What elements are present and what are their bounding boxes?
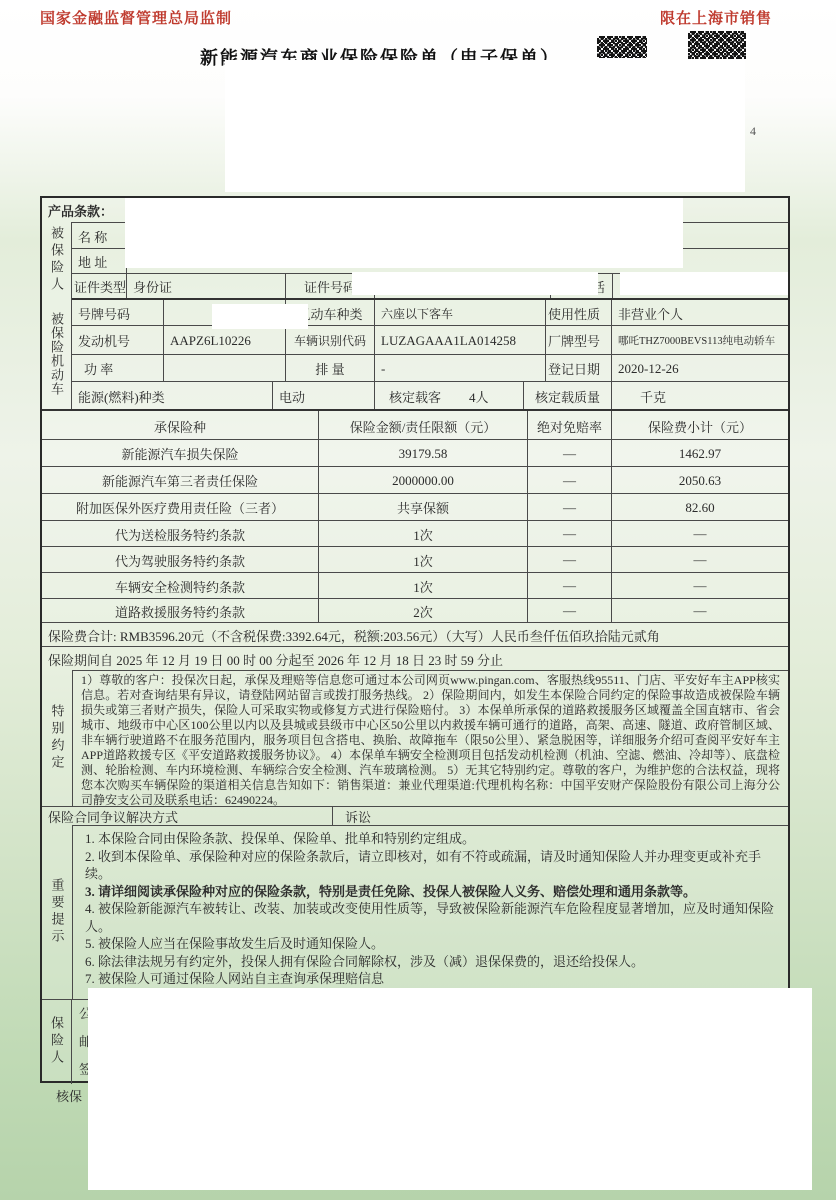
engine-label: 发动机号 bbox=[72, 326, 164, 355]
coverage-premium: 2050.63 bbox=[612, 467, 788, 494]
coverage-amount: 1次 bbox=[319, 573, 528, 599]
coverage-amount: 1次 bbox=[319, 521, 528, 547]
coverage-name: 新能源汽车损失保险 bbox=[42, 440, 319, 467]
reg-date-label: 登记日期 bbox=[546, 355, 612, 382]
policy-period-row: 保险期间自 2025 年 12 月 19 日 00 时 00 分起至 2026 … bbox=[42, 646, 788, 671]
displacement-label: 排 量 bbox=[286, 355, 375, 382]
coverage-amount: 2次 bbox=[319, 599, 528, 623]
insured-section-label: 被保险人 bbox=[42, 222, 72, 298]
special-agreement-row: 1）尊敬的客户：投保次日起，承保及理赔等信息您可通过本公司网页www.pinga… bbox=[73, 670, 788, 807]
coverage-name: 代为驾驶服务特约条款 bbox=[42, 547, 319, 573]
vehicle-power-row: 功 率 排 量 - 登记日期 2020-12-26 bbox=[72, 354, 788, 382]
dispute-label: 保险合同争议解决方式 bbox=[42, 807, 333, 826]
coverage-premium: — bbox=[612, 599, 788, 623]
engine-value: AAPZ6L10226 bbox=[164, 326, 286, 355]
coverage-premium: — bbox=[612, 521, 788, 547]
product-clause-label: 产品条款： bbox=[48, 201, 113, 220]
coverage-deductible: — bbox=[528, 599, 612, 623]
vehicle-section-label: 被保险机动车 bbox=[42, 298, 72, 409]
notice-item: 1. 本保险合同由保险条款、投保单、保险单、批单和特别约定组成。 bbox=[85, 830, 778, 848]
brand-label: 厂牌型号 bbox=[546, 326, 612, 355]
seating-value: 4人 bbox=[469, 387, 489, 406]
coverage-amount: 39179.58 bbox=[319, 440, 528, 467]
coverage-premium: — bbox=[612, 573, 788, 599]
notice-item: 5. 被保险人应当在保险事故发生后及时通知保险人。 bbox=[85, 935, 778, 953]
redaction-box-id-number bbox=[352, 272, 598, 295]
vin-label: 车辆识别代码 bbox=[286, 326, 375, 355]
usage-label: 使用性质 bbox=[546, 300, 612, 327]
plate-label: 号牌号码 bbox=[72, 300, 164, 327]
important-notice-row: 1. 本保险合同由保险条款、投保单、保险单、批单和特别约定组成。 2. 收到本保… bbox=[73, 825, 788, 1000]
coverage-amount: 1次 bbox=[319, 547, 528, 573]
redaction-box-title-area bbox=[225, 60, 745, 192]
coverage-deductible: — bbox=[528, 440, 612, 467]
coverage-amount: 共享保额 bbox=[319, 494, 528, 521]
redaction-box-name-address bbox=[125, 198, 683, 268]
coverage-deductible: — bbox=[528, 494, 612, 521]
dispute-row: 保险合同争议解决方式 诉讼 bbox=[42, 806, 788, 826]
brand-value: 哪吒THZ7000BEVS113纯电动轿车 bbox=[612, 326, 788, 355]
vehicle-plate-row: 号牌号码 机动车种类 六座以下客车 使用性质 非营业个人 bbox=[72, 298, 788, 327]
coverage-name: 车辆安全检测特约条款 bbox=[42, 573, 319, 599]
premium-total-row: 保险费合计: RMB3596.20元（不含税保费:3392.64元，税额:203… bbox=[42, 622, 788, 647]
notice-item: 3. 请详细阅读承保险种对应的保险条款，特别是责任免除、投保人被保险人义务、赔偿… bbox=[85, 883, 778, 901]
usage-value: 非营业个人 bbox=[612, 300, 788, 327]
policy-period-text: 保险期间自 2025 年 12 月 19 日 00 时 00 分起至 2026 … bbox=[42, 647, 788, 671]
vehicle-engine-row: 发动机号 AAPZ6L10226 车辆识别代码 LUZAGAAA1LA01425… bbox=[72, 325, 788, 355]
insurance-policy-page: { "header": { "authority": "国家金融监督管理总局监制… bbox=[0, 0, 836, 1200]
coverage-name: 附加医保外医疗费用责任险（三者） bbox=[42, 494, 319, 521]
notice-item: 6. 除法律法规另有约定外，投保人拥有保险合同解除权，涉及（减）退保保费的，退还… bbox=[85, 953, 778, 971]
redaction-box-plate bbox=[212, 304, 308, 329]
vehicle-type-value: 六座以下客车 bbox=[375, 300, 546, 327]
energy-value: 电动 bbox=[273, 382, 375, 410]
premium-total-text: 保险费合计: RMB3596.20元（不含税保费:3392.64元，税额:203… bbox=[42, 623, 788, 647]
issuing-authority-text: 国家金融监督管理总局监制 bbox=[40, 7, 232, 28]
power-label: 功 率 bbox=[72, 355, 164, 382]
coverage-header-row: 承保险种 保险金额/责任限额（元） 绝对免赔率 保险费小计（元） bbox=[42, 409, 788, 441]
special-agreement-label: 特别约定 bbox=[42, 670, 73, 806]
coverage-header-premium: 保险费小计（元） bbox=[612, 411, 788, 441]
coverage-deductible: — bbox=[528, 467, 612, 494]
coverage-header-name: 承保险种 bbox=[42, 411, 319, 441]
coverage-premium: 82.60 bbox=[612, 494, 788, 521]
sales-restriction-text: 限在上海市销售 bbox=[660, 7, 772, 28]
underwriter-footnote: 核保 bbox=[56, 1086, 82, 1105]
displacement-value: - bbox=[375, 355, 546, 382]
qr-code-1 bbox=[597, 36, 647, 58]
coverage-row: 代为送检服务特约条款 1次 — — bbox=[42, 520, 788, 547]
id-type-label: 证件类型 bbox=[72, 274, 127, 299]
vin-value: LUZAGAAA1LA014258 bbox=[375, 326, 546, 355]
dispute-value: 诉讼 bbox=[333, 807, 788, 826]
policy-table: 被保险人 被保险机动车 特别约定 重要提示 保险人 产品条款： 名 称 地 址 … bbox=[40, 196, 790, 1083]
coverage-name: 新能源汽车第三者责任保险 bbox=[42, 467, 319, 494]
qr-code-2 bbox=[688, 31, 746, 59]
load-value: 千克 bbox=[612, 382, 788, 410]
coverage-deductible: — bbox=[528, 573, 612, 599]
special-agreement-text: 1）尊敬的客户：投保次日起，承保及理赔等信息您可通过本公司网页www.pinga… bbox=[73, 671, 788, 807]
coverage-header-deductible: 绝对免赔率 bbox=[528, 411, 612, 441]
coverage-row: 新能源汽车第三者责任保险 2000000.00 — 2050.63 bbox=[42, 466, 788, 494]
redaction-box-phone bbox=[620, 272, 788, 295]
address-label: 地 址 bbox=[72, 249, 127, 274]
coverage-row: 道路救援服务特约条款 2次 — — bbox=[42, 598, 788, 623]
coverage-row: 新能源汽车损失保险 39179.58 — 1462.97 bbox=[42, 439, 788, 467]
coverage-row: 车辆安全检测特约条款 1次 — — bbox=[42, 572, 788, 599]
notice-item: 4. 被保险新能源汽车被转让、改装、加装或改变使用性质等，导致被保险新能源汽车危… bbox=[85, 900, 778, 935]
coverage-deductible: — bbox=[528, 547, 612, 573]
notice-item: 7. 被保险人可通过保险人网站自主查询承保理赔信息 bbox=[85, 970, 778, 988]
coverage-name: 代为送检服务特约条款 bbox=[42, 521, 319, 547]
seating-label: 核定载客 bbox=[389, 387, 441, 406]
coverage-row: 附加医保外医疗费用责任险（三者） 共享保额 — 82.60 bbox=[42, 493, 788, 521]
power-value bbox=[164, 355, 286, 382]
vehicle-energy-row: 能源(燃料)种类 电动 核定载客 4人 核定载质量 千克 bbox=[72, 381, 788, 410]
id-type-value: 身份证 bbox=[127, 274, 286, 299]
coverage-header-amount: 保险金额/责任限额（元） bbox=[319, 411, 528, 441]
name-label: 名 称 bbox=[72, 223, 127, 249]
energy-label: 能源(燃料)种类 bbox=[72, 382, 273, 410]
notice-item: 2. 收到本保险单、承保险种对应的保险条款后，请立即核对，如有不符或疏漏，请及时… bbox=[85, 848, 778, 883]
load-label: 核定载质量 bbox=[524, 382, 612, 410]
seating-cell: 核定载客 4人 bbox=[375, 382, 524, 410]
coverage-amount: 2000000.00 bbox=[319, 467, 528, 494]
coverage-deductible: — bbox=[528, 521, 612, 547]
coverage-premium: — bbox=[612, 547, 788, 573]
important-notice-label: 重要提示 bbox=[42, 825, 73, 999]
coverage-row: 代为驾驶服务特约条款 1次 — — bbox=[42, 546, 788, 573]
policy-number-fragment: 4 bbox=[750, 124, 756, 139]
coverage-premium: 1462.97 bbox=[612, 440, 788, 467]
redaction-box-bottom bbox=[88, 988, 812, 1190]
coverage-name: 道路救援服务特约条款 bbox=[42, 599, 319, 623]
reg-date-value: 2020-12-26 bbox=[612, 355, 788, 382]
insurer-section-label: 保险人 bbox=[42, 999, 72, 1084]
important-notice-body: 1. 本保险合同由保险条款、投保单、保险单、批单和特别约定组成。 2. 收到本保… bbox=[73, 826, 788, 1000]
